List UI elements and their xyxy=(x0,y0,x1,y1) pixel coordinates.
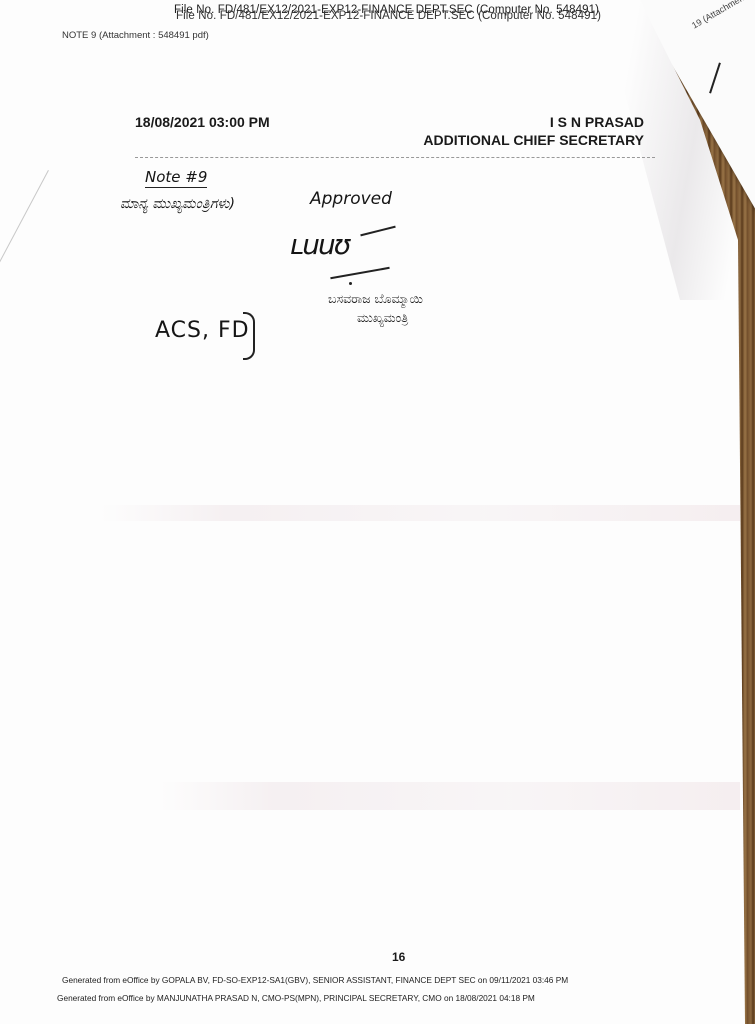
note-page: File No. FD/481/EX12/2021-EXP12-FINANCE … xyxy=(0,0,745,1024)
footer-generated-line-1: Generated from eOffice by GOPALA BV, FD-… xyxy=(62,975,568,985)
signature-underline xyxy=(330,267,389,279)
signatory-name: ಬಸವರಾಜ ಬೊಮ್ಮಾಯಿ xyxy=(328,291,423,307)
handwritten-endorsement: ACS, FD xyxy=(155,318,250,343)
bleed-through-text xyxy=(100,505,740,521)
note-attachment-reference: NOTE 9 (Attachment : 548491 pdf) xyxy=(62,30,209,41)
fold-line xyxy=(0,170,49,312)
officer-name: I S N PRASAD xyxy=(550,114,644,130)
officer-designation: ADDITIONAL CHIEF SECRETARY xyxy=(423,132,644,148)
signature-stroke xyxy=(360,226,395,237)
note-datetime: 18/08/2021 03:00 PM xyxy=(135,114,270,130)
file-number-header-overprint: File No. FD/481/EX12/2021-EXP12-FINANCE … xyxy=(176,10,601,22)
signature-dot xyxy=(349,282,352,285)
footer-generated-line-2: Generated from eOffice by MANJUNATHA PRA… xyxy=(57,993,535,1003)
handwritten-note-label: Note #9 xyxy=(145,168,207,188)
handwritten-kannada-remark: ಮಾನ್ಯ ಮುಖ್ಯಮಂತ್ರಿಗಳು) xyxy=(120,196,235,212)
page-number: 16 xyxy=(392,950,405,964)
bleed-through-text xyxy=(160,782,740,810)
handwritten-approval: Approved xyxy=(310,189,392,209)
signatory-title: ಮುಖ್ಯಮಂತ್ರಿ xyxy=(357,310,408,326)
signature: ʟuuʊ xyxy=(290,228,349,261)
separator-line xyxy=(135,157,655,159)
endorsement-bracket xyxy=(243,312,255,360)
